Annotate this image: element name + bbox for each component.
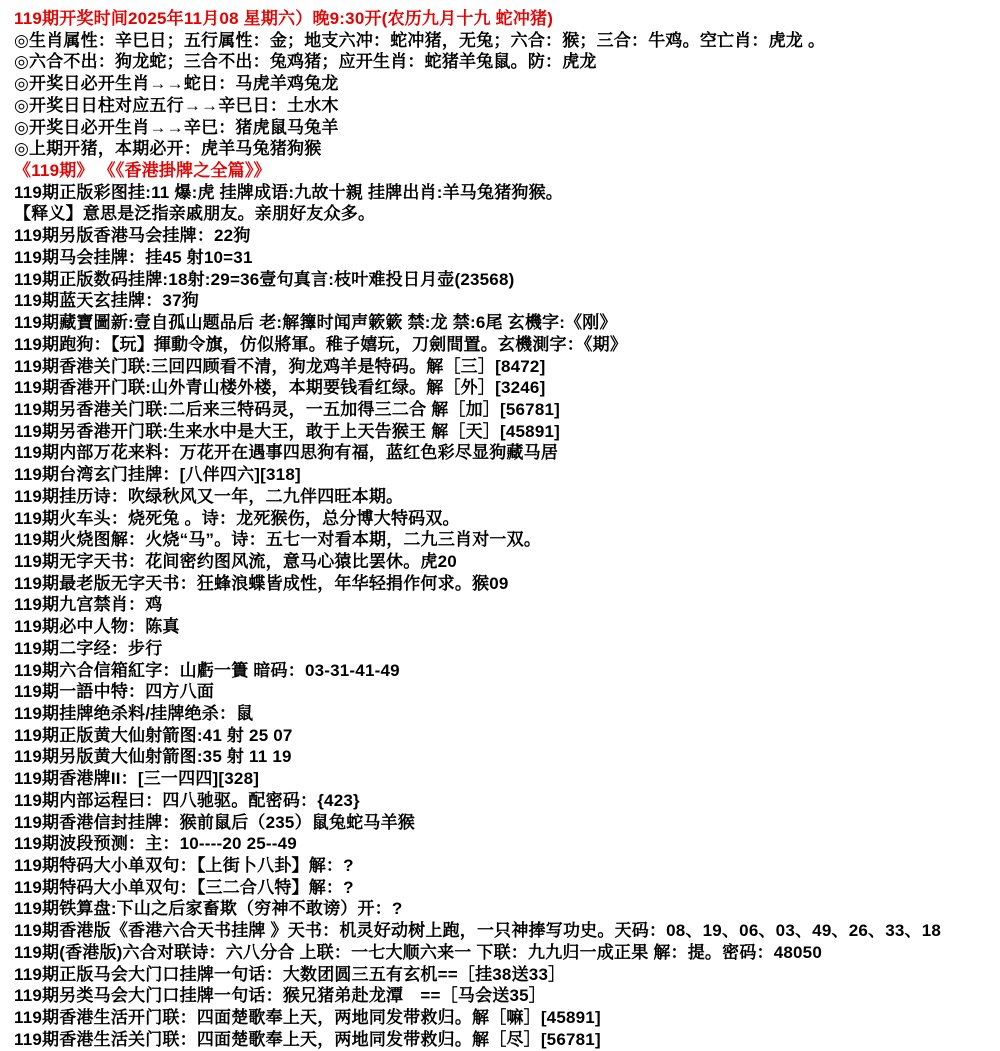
text-line: 119期正版马会大门口挂牌一句话：大数团圆三五有玄机==［挂38送33］: [14, 964, 994, 986]
text-line: 119期必中人物：陈真: [14, 616, 994, 638]
text-line: 119期台湾玄门挂牌：[八伴四六][318]: [14, 464, 994, 486]
text-line: 119期另版香港马会挂牌：22狗: [14, 225, 994, 247]
text-line: 119期香港生活开门联：四面楚歌奉上天，两地同发带救归。解［嘛］[45891]: [14, 1007, 994, 1029]
lottery-tips-page: 119期开奖时间2025年11月08 星期六）晚9:30开(农历九月十九 蛇冲猪…: [0, 0, 1000, 1051]
text-line: 119期另香港开门联:生来水中是大王，敢于上天告猴王 解［天］[45891]: [14, 421, 994, 443]
heading-line: 《119期》 《《香港掛牌之全篇》》: [14, 160, 994, 182]
text-line: 119期马会挂牌：挂45 射10=31: [14, 247, 994, 269]
text-line: ◎六合不出：狗龙蛇；三合不出：兔鸡猪；应开生肖：蛇猪羊兔鼠。防：虎龙: [14, 51, 994, 73]
text-line: 119期蓝天玄挂牌：37狗: [14, 290, 994, 312]
text-line: 119期铁算盘:下山之后家畜欺（穷神不敢谤）开：?: [14, 898, 994, 920]
text-line: ◎开奖日必开生肖→→蛇日：马虎羊鸡兔龙: [14, 73, 994, 95]
text-line: ◎开奖日必开生肖→→辛巳：猪虎鼠马兔羊: [14, 117, 994, 139]
text-line: 119期内部运程曰：四八驰驱。配密码：{423}: [14, 790, 994, 812]
text-line: 119期另版黄大仙射箭图:35 射 11 19: [14, 746, 994, 768]
text-line: 119期九宫禁肖：鸡: [14, 594, 994, 616]
text-line: 119期香港版《香港六合天书挂牌 》天书：机灵好动树上跑，一只神捧写功史。天码：…: [14, 920, 994, 942]
text-line: 119期火车头：烧死兔 。诗：龙死猴伤，总分博大特码双。: [14, 508, 994, 530]
text-line: ◎上期开猪，本期必开：虎羊马兔猪狗猴: [14, 138, 994, 160]
text-line: 【释义】意思是泛指亲戚朋友。亲朋好友众多。: [14, 203, 994, 225]
text-line: 119期无字天书：花间密约图风流，意马心猿比罢休。虎20: [14, 551, 994, 573]
text-line: 119期挂历诗：吹绿秋风又一年，二九伴四旺本期。: [14, 486, 994, 508]
text-line: 119期六合信箱紅字：山虧一簣 暗码：03-31-41-49: [14, 660, 994, 682]
text-line: 119期火烧图解：火烧“马”。诗：五七一对看本期，二九三肖对一双。: [14, 529, 994, 551]
text-line: 119期二字经：步行: [14, 638, 994, 660]
text-line: 119期一語中特：四方八面: [14, 681, 994, 703]
text-line: 119期挂牌绝杀料/挂牌绝杀：鼠: [14, 703, 994, 725]
text-line: 119期特码大小单双句：【上街卜八卦】解：?: [14, 855, 994, 877]
text-line: 119期香港开门联:山外青山楼外楼，本期要钱看红绿。解［外］[3246]: [14, 377, 994, 399]
text-line: 119期正版黄大仙射箭图:41 射 25 07: [14, 725, 994, 747]
text-line: 119期另类马会大门口挂牌一句话：猴兄猪弟赴龙潭 ==［马会送35］: [14, 985, 994, 1007]
text-line: 119期跑狗：【玩】揮動令旗，仿似將軍。稚子嬉玩，刀劍間置。玄機測字：《期》: [14, 334, 994, 356]
heading-line: 119期开奖时间2025年11月08 星期六）晚9:30开(农历九月十九 蛇冲猪…: [14, 8, 994, 30]
text-line: 119期最老版无字天书：狂蜂浪蝶皆成性，年华轻捐作何求。猴09: [14, 573, 994, 595]
text-line: 119期特码大小单双句：【三二合八特】解：?: [14, 877, 994, 899]
text-line: 119期香港关门联:三回四顾看不清，狗龙鸡羊是特码。解［三］[8472]: [14, 356, 994, 378]
text-line: 119期香港生活关门联：四面楚歌奉上天，两地同发带救归。解［尽］[56781]: [14, 1029, 994, 1051]
text-line: 119期正版数码挂牌:18射:29=36壹句真言:枝叶难投日月壶(23568): [14, 269, 994, 291]
text-line: 119期香港信封挂牌：猴前鼠后（235）鼠兔蛇马羊猴: [14, 812, 994, 834]
text-line: 119期香港牌II：[三一四四][328]: [14, 768, 994, 790]
text-line: 119期(香港版)六合对联诗：六八分合 上联：一七大顺六来一 下联：九九归一成正…: [14, 942, 994, 964]
text-line: ◎生肖属性：辛巳日；五行属性：金；地支六冲：蛇冲猪，无兔；六合：猴；三合：牛鸡。…: [14, 30, 994, 52]
text-line: 119期另香港关门联:二后来三特码灵，一五加得三二合 解［加］[56781]: [14, 399, 994, 421]
text-line: 119期内部万花来料：万花开在遇事四思狗有福，蓝红色彩尽显狗藏马居: [14, 442, 994, 464]
text-line: ◎开奖日日柱对应五行→→辛巳日：土水木: [14, 95, 994, 117]
text-line: 119期正版彩图挂:11 爆:虎 挂牌成语:九故十親 挂牌出肖:羊马兔猪狗猴。: [14, 182, 994, 204]
text-line: 119期藏寶圖新:壹自孤山题品后 老:解籜时闻声簌簌 禁:龙 禁:6尾 玄機字:…: [14, 312, 994, 334]
text-line-list: 119期开奖时间2025年11月08 星期六）晚9:30开(农历九月十九 蛇冲猪…: [14, 8, 994, 1051]
text-line: 119期波段预测：主：10----20 25--49: [14, 833, 994, 855]
